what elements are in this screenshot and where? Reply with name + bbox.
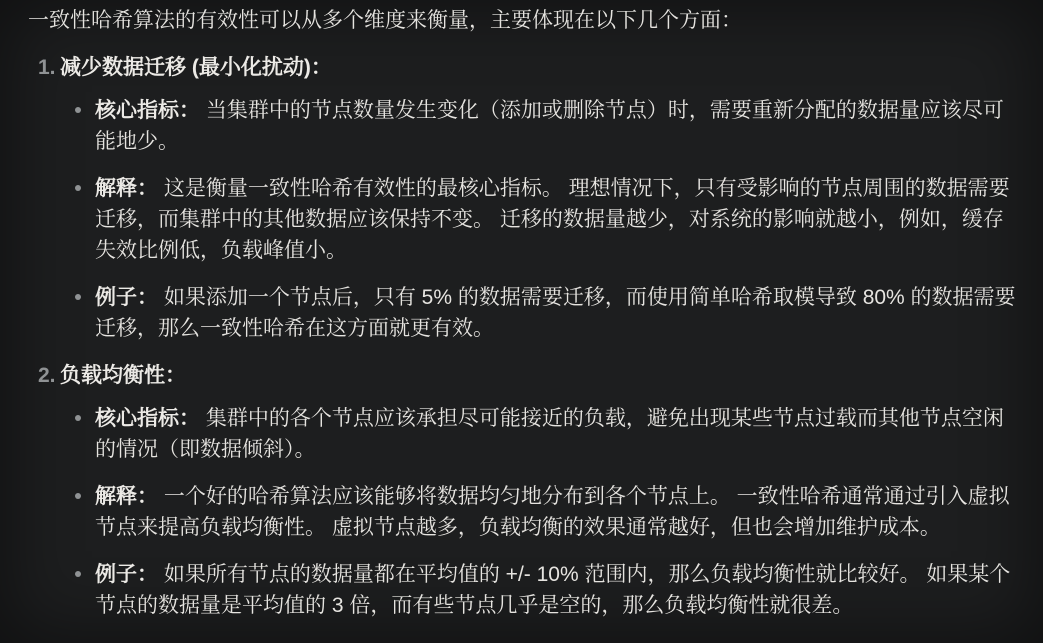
- numbered-section-1: 1. 减少数据迁移 (最小化扰动)： 核心指标： 当集群中的节点数量发生变化（添…: [28, 52, 1019, 344]
- bullet-dot-icon: [75, 294, 81, 300]
- numbered-section-2: 2. 负载均衡性： 核心指标： 集群中的各个节点应该承担尽可能接近的负载，避免出…: [28, 360, 1019, 621]
- bullet-item: 核心指标： 集群中的各个节点应该承担尽可能接近的负载，避免出现某些节点过载而其他…: [68, 403, 1019, 465]
- list-number: 2.: [38, 360, 60, 391]
- bullet-dot-icon: [75, 107, 81, 113]
- bullet-text: 当集群中的节点数量发生变化（添加或删除节点）时，需要重新分配的数据量应该尽可能地…: [95, 99, 1004, 153]
- chat-response-view: 一致性哈希算法的有效性可以从多个维度来衡量，主要体现在以下几个方面： 1. 减少…: [0, 0, 1043, 643]
- bullet-text: 如果所有节点的数据量都在平均值的 +/- 10% 范围内，那么负载均衡性就比较好…: [95, 563, 1010, 617]
- section-heading: 2. 负载均衡性：: [38, 360, 1019, 391]
- bullet-item: 例子： 如果所有节点的数据量都在平均值的 +/- 10% 范围内，那么负载均衡性…: [68, 559, 1019, 621]
- intro-paragraph: 一致性哈希算法的有效性可以从多个维度来衡量，主要体现在以下几个方面：: [28, 5, 1019, 36]
- bullet-label: 例子：: [95, 563, 158, 586]
- response-content: 一致性哈希算法的有效性可以从多个维度来衡量，主要体现在以下几个方面： 1. 减少…: [0, 0, 1043, 643]
- bullet-text: 这是衡量一致性哈希有效性的最核心指标。 理想情况下，只有受影响的节点周围的数据需…: [95, 177, 1010, 262]
- bullet-list: 核心指标： 集群中的各个节点应该承担尽可能接近的负载，避免出现某些节点过载而其他…: [28, 403, 1019, 621]
- bullet-item: 解释： 一个好的哈希算法应该能够将数据均匀地分布到各个节点上。 一致性哈希通常通…: [68, 481, 1019, 543]
- bullet-label: 核心指标：: [95, 407, 200, 430]
- bullet-item: 核心指标： 当集群中的节点数量发生变化（添加或删除节点）时，需要重新分配的数据量…: [68, 95, 1019, 157]
- bullet-text: 一个好的哈希算法应该能够将数据均匀地分布到各个节点上。 一致性哈希通常通过引入虚…: [95, 485, 1010, 539]
- bullet-text: 集群中的各个节点应该承担尽可能接近的负载，避免出现某些节点过载而其他节点空闲的情…: [95, 407, 1004, 461]
- bullet-item: 解释： 这是衡量一致性哈希有效性的最核心指标。 理想情况下，只有受影响的节点周围…: [68, 173, 1019, 266]
- bullet-list: 核心指标： 当集群中的节点数量发生变化（添加或删除节点）时，需要重新分配的数据量…: [28, 95, 1019, 344]
- bullet-label: 解释：: [95, 485, 158, 508]
- bullet-text: 如果添加一个节点后，只有 5% 的数据需要迁移，而使用简单哈希取模导致 80% …: [95, 286, 1016, 340]
- list-number: 1.: [38, 52, 60, 83]
- bullet-item: 例子： 如果添加一个节点后，只有 5% 的数据需要迁移，而使用简单哈希取模导致 …: [68, 282, 1019, 344]
- bullet-dot-icon: [75, 493, 81, 499]
- bullet-dot-icon: [75, 415, 81, 421]
- bullet-label: 核心指标：: [95, 99, 200, 122]
- bullet-dot-icon: [75, 571, 81, 577]
- bullet-label: 解释：: [95, 177, 158, 200]
- section-heading: 1. 减少数据迁移 (最小化扰动)：: [38, 52, 1019, 83]
- section-title: 减少数据迁移 (最小化扰动)：: [60, 52, 332, 83]
- bullet-label: 例子：: [95, 286, 158, 309]
- section-title: 负载均衡性：: [60, 360, 186, 391]
- bullet-dot-icon: [75, 185, 81, 191]
